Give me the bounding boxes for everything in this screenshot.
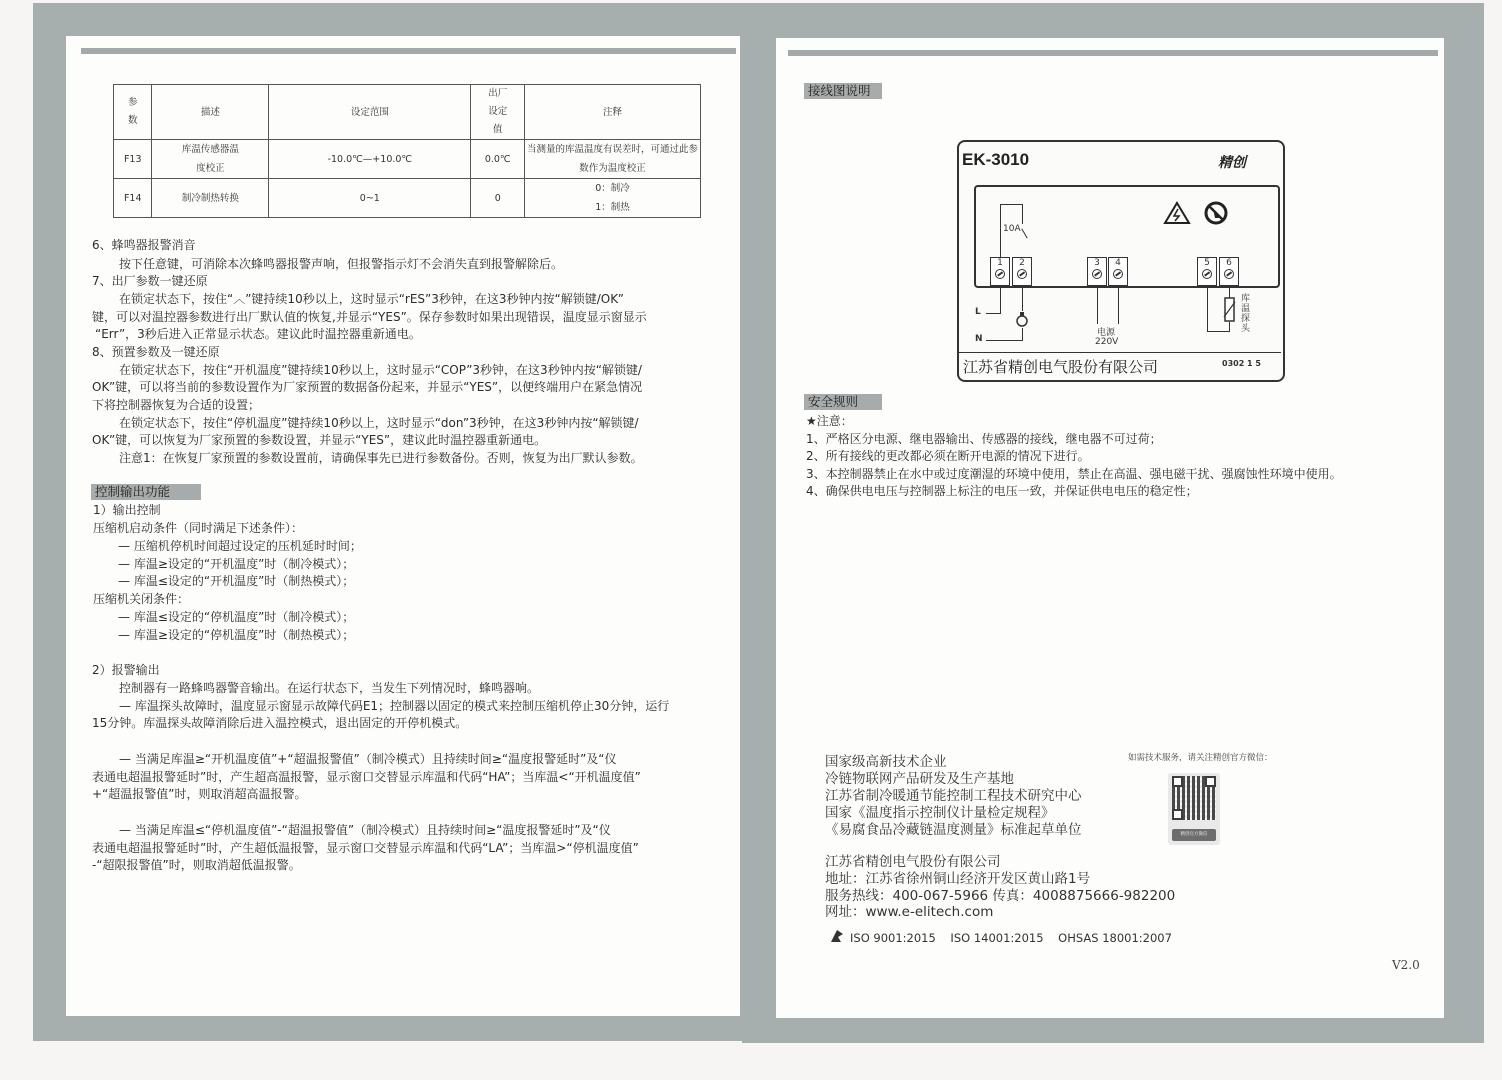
parameter-table: 参数 描述 设定范围 出厂设定值 注释 F13 库温传感器温度校正 -10.0℃… (113, 84, 701, 218)
diagram-code: 0302 1 5 (1222, 359, 1261, 368)
safety-rule: 4、确保供电电压与控制器上标注的电压一致，并保证供电电压的稳定性； (806, 482, 1198, 499)
credential: 国家《温度指示控制仪计量检定规程》 (825, 805, 1055, 822)
diagram-footer-divider (958, 352, 1281, 353)
certification-logo-icon (829, 928, 845, 944)
low-alarm-line: 表通电超温报警延时”时，产生超低温报警，显示窗口交替显示库温和代码“LA”；当库… (92, 839, 639, 856)
line-wire (1000, 286, 1001, 314)
high-alarm-line: +“超温报警值”时，则取消超高温报警。 (92, 785, 307, 802)
probe-label: 库温探头 (1241, 294, 1251, 334)
label-n: N (975, 334, 983, 344)
alarm-output-subtitle: 2）报警输出 (92, 661, 160, 678)
line-wire (986, 313, 1001, 314)
probe-wire (1207, 331, 1230, 332)
high-alarm-line: 表通电超温报警延时”时，产生超高温报警，显示窗口交替显示库温和代码“HA”；当库… (92, 768, 641, 785)
neutral-wire (1022, 328, 1023, 340)
start-condition: — 压缩机停机时间超过设定的压机延时时间； (118, 537, 362, 554)
relay-wire (1000, 204, 1022, 205)
wechat-qr-code[interactable]: 精创官方微信 (1168, 773, 1220, 845)
section-6-body: 按下任意键，可消除本次蜂鸣器报警声响，但报警指示灯不会消失直到报警解除后。 (119, 255, 563, 272)
credential: 《易腐食品冷藏链温度测量》标准起草单位 (825, 822, 1082, 839)
probe-wire (1229, 322, 1230, 332)
terminal-6: 6 (1219, 257, 1239, 286)
power-voltage: 220V (1095, 337, 1118, 347)
section-7-line: 在锁定状态下，按住“︿”键持续10秒以上，这时显示“rES”3秒钟，在这3秒钟内… (119, 290, 624, 307)
relay-wire (1000, 204, 1001, 258)
high-alarm-line: — 当满足库温≥“开机温度值”+“超温报警值”（制冷模式）且持续时间≥“温度报警… (119, 750, 617, 767)
table-header: 注释 (525, 85, 701, 140)
credential: 国家级高新技术企业 (825, 754, 947, 771)
contact-website[interactable]: 网址：www.e-elitech.com (825, 904, 993, 921)
table-row: F13 库温传感器温度校正 -10.0℃—+10.0℃ 0.0℃ 当测量的库温温… (114, 140, 701, 179)
certifications: ISO 9001:2015 ISO 14001:2015 OHSAS 18001… (850, 931, 1172, 945)
load-wire (1022, 286, 1023, 311)
contact-address: 地址：江苏省徐州铜山经济开发区黄山路1号 (825, 871, 1090, 888)
probe-wire (1207, 286, 1208, 332)
compressor-load-icon (1015, 310, 1029, 328)
section-7-line: “Err”，3秒后进入正常显示状态。建议此时温控器重新通电。 (95, 325, 421, 342)
qr-caption: 精创官方微信 (1172, 829, 1216, 841)
section-8-line: 注意1：在恢复厂家预置的参数设置前，请确保事先已进行参数备份。否则，恢复为出厂默… (119, 449, 643, 466)
section-8-line: 下将控制器恢复为合适的设置； (92, 396, 260, 413)
qr-code-image (1172, 776, 1216, 820)
terminal-1: 1 (990, 257, 1010, 286)
safety-note: ★注意： (806, 412, 853, 429)
temperature-probe-icon (1223, 297, 1237, 323)
credential: 冷链物联网产品研发及生产基地 (825, 771, 1014, 788)
low-alarm-line: — 当满足库温≤“停机温度值”-“超温报警值”（制冷模式）且持续时间≥“温度报警… (119, 821, 611, 838)
label-l: L (975, 307, 981, 317)
start-conditions-title: 压缩机启动条件（同时满足下述条件）： (93, 519, 303, 536)
credential: 江苏省制冷暖通节能控制工程技术研究中心 (825, 788, 1082, 805)
control-output-heading: 控制输出功能 (91, 484, 201, 500)
relay-wire (1022, 204, 1023, 224)
table-header: 参数 (114, 85, 152, 140)
power-wire (1097, 286, 1098, 324)
no-water-icon (1203, 200, 1229, 226)
wiring-heading: 接线图说明 (804, 83, 882, 99)
left-top-rule (81, 48, 736, 54)
section-8-line: OK”键，可以恢复为厂家预置的参数设置，并显示“YES”，建议此时温控器重新通电… (92, 431, 546, 448)
terminal-5: 5 (1197, 257, 1217, 286)
safety-heading: 安全规则 (804, 394, 882, 410)
version-label: V2.0 (1392, 958, 1420, 972)
start-condition: — 库温≥设定的“开机温度”时（制冷模式）； (118, 555, 354, 572)
table-header: 描述 (152, 85, 269, 140)
contact-phone: 服务热线：400-067-5966 传真：4008875666-982200 (825, 888, 1175, 905)
table-row: F14 制冷制热转换 0~1 0 0：制冷1：制热 (114, 179, 701, 218)
model-number: EK-3010 (962, 150, 1029, 170)
alarm-line: 15分钟。库温探头故障消除后进入温控模式，退出固定的开停机模式。 (92, 714, 467, 731)
terminal-3: 3 (1087, 257, 1107, 286)
table-header: 出厂设定值 (471, 85, 525, 140)
neutral-wire (986, 340, 1023, 341)
output-control-subtitle: 1）输出控制 (93, 501, 161, 518)
terminal-2: 2 (1012, 257, 1032, 286)
alarm-line: 控制器有一路蜂鸣器警音输出。在运行状态下，当发生下列情况时，蜂鸣器响。 (119, 679, 539, 696)
alarm-line: — 库温探头故障时，温度显示窗显示故障代码E1；控制器以固定的模式来控制压缩机停… (119, 697, 669, 714)
stop-condition: — 库温≤设定的“停机温度”时（制冷模式）； (118, 608, 354, 625)
high-voltage-warning-icon (1163, 201, 1191, 225)
stop-condition: — 库温≥设定的“停机温度”时（制热模式）； (118, 626, 354, 643)
low-alarm-line: -“超限报警值”时，则取消超低温报警。 (92, 856, 301, 873)
contact-company: 江苏省精创电气股份有限公司 (825, 854, 1001, 871)
safety-rule: 3、本控制器禁止在水中或过度潮湿的环境中使用，禁止在高温、强电磁干扰、强腐蚀性环… (806, 465, 1342, 482)
power-wire (1118, 286, 1119, 324)
section-7-title: 7、出厂参数一键还原 (92, 272, 208, 289)
section-8-line: OK”键，可以将当前的参数设置作为厂家预置的数据备份起来，并显示“YES”，以便… (92, 378, 642, 395)
safety-rule: 1、严格区分电源、继电器输出、传感器的接线，继电器不可过荷； (806, 430, 1162, 447)
section-8-line: 在锁定状态下，按住“停机温度”键持续10秒以上，这时显示“don”3秒钟，在这3… (119, 414, 639, 431)
right-top-rule (788, 50, 1438, 56)
section-7-line: 键，可以对温控器参数进行出厂默认值的恢复,并显示“YES”。保存参数时如果出现错… (92, 308, 647, 325)
section-8-line: 在锁定状态下，按住“开机温度”键持续10秒以上，这时显示“COP”3秒钟，在这3… (119, 361, 642, 378)
section-6-title: 6、蜂鸣器报警消音 (92, 236, 196, 253)
terminal-4: 4 (1108, 257, 1128, 286)
stop-conditions-title: 压缩机关闭条件： (93, 590, 189, 607)
table-header: 设定范围 (269, 85, 471, 140)
wechat-prompt: 如需技术服务，请关注精创官方微信： (1128, 751, 1273, 763)
brand-logo: 精创 (1218, 152, 1246, 172)
section-8-title: 8、预置参数及一键还原 (92, 343, 220, 360)
diagram-company: 江苏省精创电气股份有限公司 (963, 356, 1158, 377)
start-condition: — 库温≤设定的“开机温度”时（制热模式）； (118, 572, 354, 589)
safety-rule: 2、所有接线的更改都必须在断开电源的情况下进行。 (806, 447, 1090, 464)
relay-rating: 10A (1003, 224, 1021, 234)
